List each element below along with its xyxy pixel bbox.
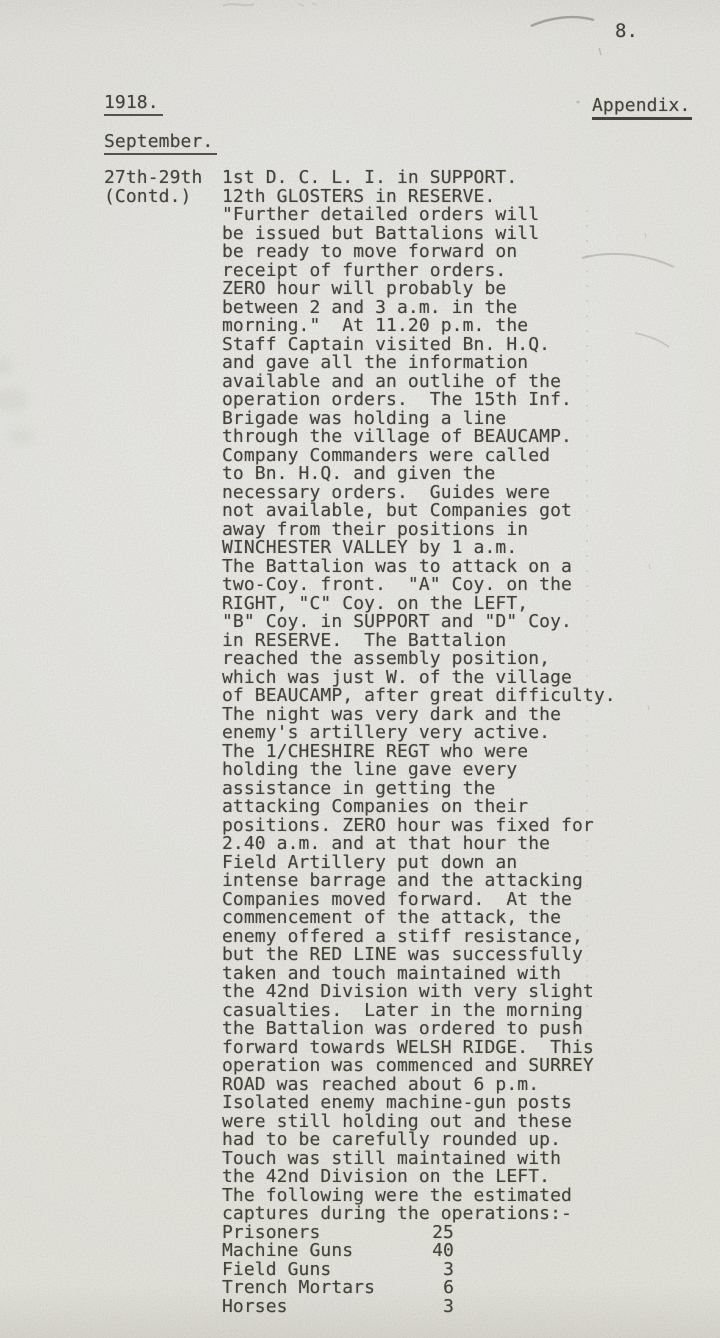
capture-value: 40 [422, 1242, 454, 1261]
body-line: had to be carefully rounded up. [222, 1131, 616, 1150]
body-line: intense barrage and the attacking [222, 872, 616, 891]
month-heading-text: September. [104, 131, 217, 155]
body-line: commencement of the attack, the [222, 909, 616, 928]
body-line: of BEAUCAMP, after great difficulty. [222, 687, 616, 706]
body-line: "B" Coy. in SUPPORT and "D" Coy. [222, 613, 616, 632]
body-line: attacking Companies on their [222, 798, 616, 817]
body-line: two-Coy. front. "A" Coy. on the [222, 576, 616, 595]
year-heading-text: 1918. [104, 92, 163, 116]
body-line: reached the assembly position, [222, 650, 616, 669]
body-line: operation was commenced and SURREY [222, 1057, 616, 1076]
body-line: be ready to move forward on [222, 243, 616, 262]
entry-date-range: 27th-29th [104, 169, 202, 188]
small-speck-mark [599, 48, 601, 55]
body-line: through the village of BEAUCAMP. [222, 428, 616, 447]
entry-date-column: 27th-29th (Contd.) [104, 169, 202, 206]
body-line: Isolated enemy machine-gun posts [222, 1094, 616, 1113]
month-heading: September. [104, 131, 217, 155]
body-line: and gave all the information [222, 354, 616, 373]
margin-speck-marks [645, 233, 650, 710]
body-line: but the RED LINE was successfully [222, 946, 616, 965]
margin-pencil-curve [635, 333, 669, 347]
body-line: "Further detailed orders will [222, 206, 616, 225]
body-line: the Battalion was ordered to push [222, 1020, 616, 1039]
bleed-through-mark [8, 428, 34, 444]
body-line: holding the line gave every [222, 761, 616, 780]
body-line: operation orders. The 15th Inf. [222, 391, 616, 410]
page-number: 8. [615, 20, 638, 42]
top-smudge-mark [223, 4, 254, 6]
body-line: not available, but Companies got [222, 502, 616, 521]
entry-body-column: 1st D. C. L. I. in SUPPORT.12th GLOSTERS… [222, 169, 616, 1316]
pencil-swoosh-mark [531, 17, 594, 26]
small-speck-mark [577, 101, 580, 104]
entry-text: 1st D. C. L. I. in SUPPORT.12th GLOSTERS… [222, 169, 616, 1224]
top-speck-mark [298, 3, 317, 6]
capture-label: Horses [222, 1296, 288, 1317]
body-line: the 42nd Division with very slight [222, 983, 616, 1002]
entry-date-contd: (Contd.) [104, 188, 202, 207]
appendix-heading-text: Appendix. [592, 95, 692, 120]
body-line: ZERO hour will probably be [222, 280, 616, 299]
body-line: enemy's artillery very active. [222, 724, 616, 743]
captures-list: Prisoners 25 Machine Guns 40 Field Guns … [222, 1224, 616, 1317]
capture-value: 3 [422, 1298, 454, 1317]
body-line: 1st D. C. L. I. in SUPPORT. [222, 169, 616, 188]
body-line: the 42nd Division on the LEFT. [222, 1168, 616, 1187]
bleed-through-mark [0, 358, 14, 374]
year-heading: 1918. [104, 92, 163, 116]
bleed-through-mark [0, 388, 28, 412]
capture-value: 6 [422, 1279, 454, 1298]
captures-row: Horses 3 [222, 1298, 502, 1317]
body-line: WINCHESTER VALLEY by 1 a.m. [222, 539, 616, 558]
appendix-heading: Appendix. [592, 95, 692, 120]
body-line: to Bn. H.Q. and given the [222, 465, 616, 484]
document-page: 8. 1918. Appendix. September. 27th-29th … [0, 0, 720, 1338]
body-line: morning." At 11.20 p.m. the [222, 317, 616, 336]
body-line: 2.40 a.m. and at that hour the [222, 835, 616, 854]
